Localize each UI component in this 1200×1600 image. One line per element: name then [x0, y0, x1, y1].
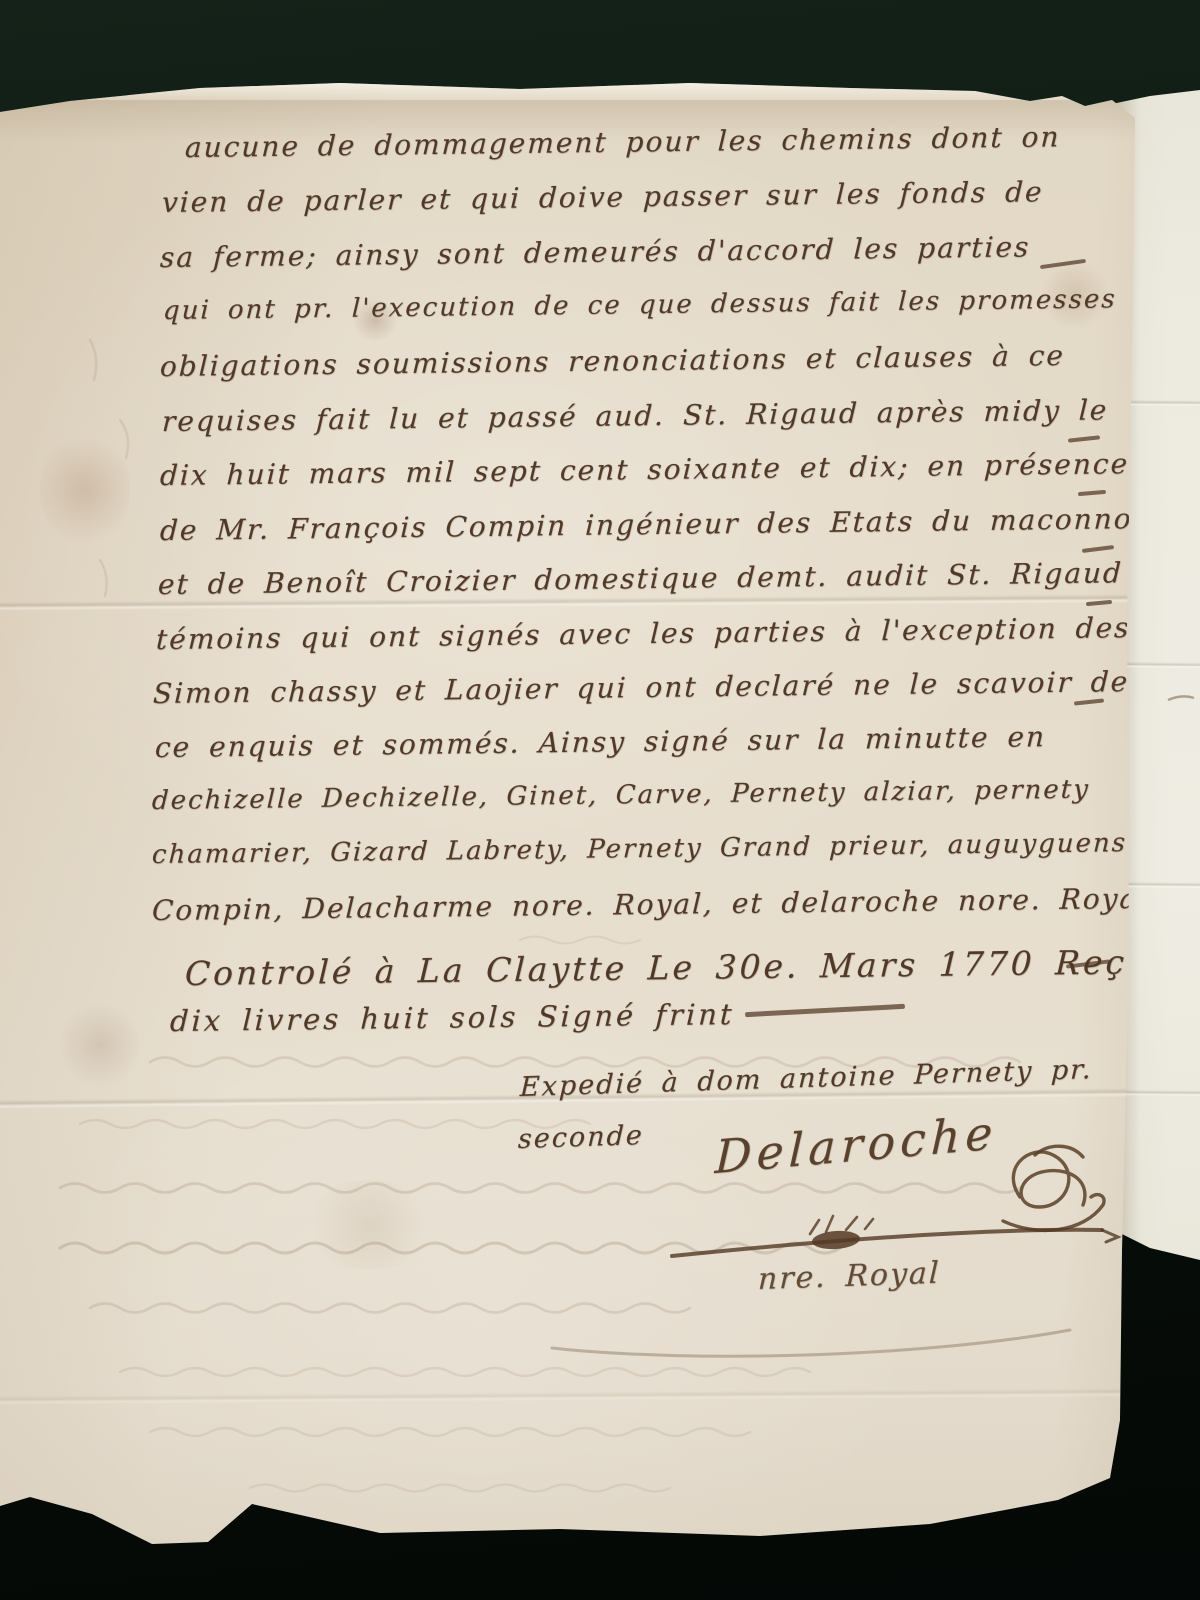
controle-line: dix livres huit sols Signé frint [169, 997, 735, 1038]
signature-title: nre. Royal [757, 1256, 941, 1297]
expedition-note: seconde [517, 1120, 644, 1155]
manuscript-page: aucune de dommagement pour les chemins d… [0, 0, 1200, 1600]
faint-underline-flourish [540, 1316, 1100, 1376]
photograph-background: aucune de dommagement pour les chemins d… [0, 0, 1200, 1600]
